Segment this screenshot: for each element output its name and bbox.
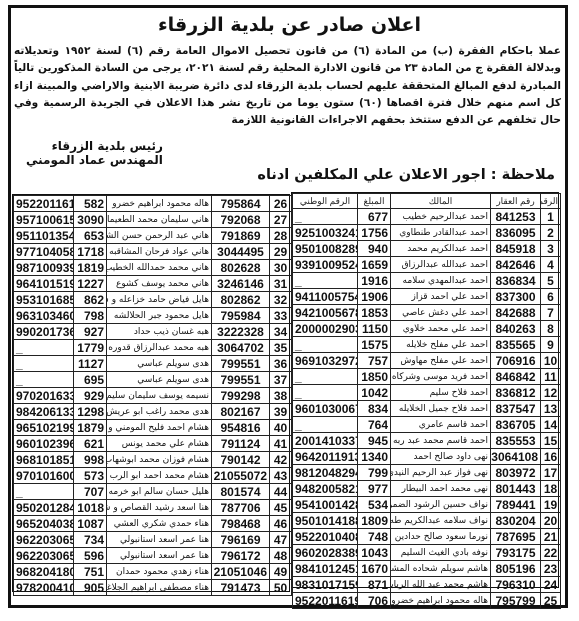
table-row: 14836705احمد قاسم عامري764_ [293, 417, 561, 433]
property-number: 801443 [491, 481, 541, 497]
national-id: 9652040384 [14, 516, 74, 532]
row-number: 12 [541, 385, 561, 401]
table-row: 11846842احمد فريد موسى وشركاه1850_ [293, 369, 561, 385]
property-number: 706916 [491, 353, 541, 369]
amount: 799 [358, 465, 391, 481]
header-no: الرقم [541, 194, 561, 209]
property-number: 802167 [212, 404, 270, 420]
row-number: 35 [270, 340, 292, 356]
national-id: 9642011913 [293, 449, 358, 465]
debtors-table-right: الرقم رقم العقار المالك المبلغ الرقم الو… [291, 192, 559, 588]
national-id: 9841012451 [293, 561, 358, 577]
property-number: 796310 [491, 577, 541, 593]
owner-name: احمد عبدالرحيم خطيب [391, 209, 491, 225]
owner-name: نواف حسين الرشود الضمور [391, 497, 491, 513]
owner-name: هاني عواد فرحان المشاقبه [107, 244, 212, 260]
table-row: 36799551هدى سويلم عباسي1127_ [14, 356, 292, 372]
owner-name: هنا اسعد رشيد القصاص و شركاها [107, 500, 212, 516]
property-number: 796169 [212, 532, 270, 548]
property-number: 837547 [491, 401, 541, 417]
national-id: 9831017159 [293, 577, 358, 593]
row-number: 38 [270, 388, 292, 404]
row-number: 7 [541, 305, 561, 321]
row-number: 2 [541, 225, 561, 241]
amount: 862 [74, 292, 107, 308]
signature-title: رئيس بلدية الزرقاء [26, 139, 163, 153]
row-number: 34 [270, 324, 292, 340]
table-row: 17803972نهى فواز عبد الرحيم النيدي799981… [293, 465, 561, 481]
row-number: 24 [541, 577, 561, 593]
table-row: 163064108نهى داود صالح احمد1340964201191… [293, 449, 561, 465]
row-number: 46 [270, 516, 292, 532]
row-number: 30 [270, 260, 292, 276]
row-number: 25 [541, 593, 561, 609]
announcement-body: عملا باحكام الفقرة (ب) من المادة (٦) من … [14, 43, 561, 129]
national-id: 9421005678 [293, 305, 358, 321]
amount: 1043 [358, 545, 391, 561]
property-number: 836812 [491, 385, 541, 401]
national-id: 9682041803 [14, 564, 74, 580]
owner-name: احمد قاسم عامري [391, 417, 491, 433]
row-number: 40 [270, 420, 292, 436]
national-id: 9641015198 [14, 276, 74, 292]
row-number: 23 [541, 561, 561, 577]
property-number: 837300 [491, 289, 541, 305]
amount: 764 [358, 417, 391, 433]
national-id: 9902017366 [14, 324, 74, 340]
table-row: 15835553احمد قاسم محمد عبد ربه9452001410… [293, 433, 561, 449]
national-id: _ [293, 385, 358, 401]
amount: 757 [358, 353, 391, 369]
owner-name: هاني عبد الرحمن حسن الشرع [107, 228, 212, 244]
amount: 977 [358, 481, 391, 497]
table-row: 47796169هنا عمر اسعد استانبولي7349622030… [14, 532, 292, 548]
owner-name: نهى داود صالح احمد [391, 449, 491, 465]
owner-name: احمد عبدالكريم محمد [391, 241, 491, 257]
table-row: 38799298نسيمه يوسف سليمان سليم9299702016… [14, 388, 292, 404]
owner-name: هبه غسان ذيب حداد [107, 324, 212, 340]
owner-name: هاني سليمان محمد الطعيمات [107, 212, 212, 228]
amount: 3090 [74, 212, 107, 228]
property-number: 803972 [491, 465, 541, 481]
owner-name: احمد فلاح سليم [391, 385, 491, 401]
table-row: 8840263احمد علي محمد خلاوي11502000002903 [293, 321, 561, 337]
owner-name: هاشم محمد عبد الله الربابعه [391, 577, 491, 593]
national-id: 9631034607 [14, 308, 74, 324]
row-number: 26 [270, 196, 292, 212]
amount: 1227 [74, 276, 107, 292]
amount: 748 [358, 529, 391, 545]
amount: 1087 [74, 516, 107, 532]
property-number: 791124 [212, 436, 270, 452]
row-number: 10 [541, 353, 561, 369]
row-number: 9 [541, 337, 561, 353]
row-number: 20 [541, 513, 561, 529]
header-national-id: الرقم الوطني [293, 194, 358, 209]
row-number: 28 [270, 228, 292, 244]
amount: 677 [358, 209, 391, 225]
national-id: _ [293, 417, 358, 433]
owner-name: احمد قاسم محمد عبد ربه [391, 433, 491, 449]
owner-name: هشام احمد فليح المومني و شركاه [107, 420, 212, 436]
property-number: 805196 [491, 561, 541, 577]
amount: 582 [74, 196, 107, 212]
property-number: 799298 [212, 388, 270, 404]
table-row: 3845918احمد عبدالكريم محمد9409501008289 [293, 241, 561, 257]
national-id: 9702016333 [14, 388, 74, 404]
table-row: 21787695نورما سعود صالح حدادين7489522010… [293, 529, 561, 545]
national-id: 9522011619 [14, 196, 74, 212]
row-number: 14 [541, 417, 561, 433]
property-number: 3064108 [491, 449, 541, 465]
amount: 945 [358, 433, 391, 449]
row-number: 32 [270, 292, 292, 308]
property-number: 3246146 [212, 276, 270, 292]
amount: 1756 [358, 225, 391, 241]
property-number: 3222328 [212, 324, 270, 340]
national-id: _ [14, 340, 74, 356]
national-id: 9602028389 [293, 545, 358, 561]
property-number: 795984 [212, 308, 270, 324]
national-id: 9622030651 [14, 548, 74, 564]
row-number: 50 [270, 580, 292, 596]
property-number: 787706 [212, 500, 270, 516]
table-row: 19789441نواف حسين الرشود الضمور534954100… [293, 497, 561, 513]
owner-name: هدى محمد راغب ابو عريش [107, 404, 212, 420]
row-number: 4 [541, 257, 561, 273]
amount: 1575 [358, 337, 391, 353]
table-row: 10706916احمد علي مفلح مهاوش7579691032972 [293, 353, 561, 369]
row-number: 21 [541, 529, 561, 545]
property-number: 787695 [491, 529, 541, 545]
table-row: 343222328هبه غسان ذيب حداد9279902017366 [14, 324, 292, 340]
property-number: 795864 [212, 196, 270, 212]
table-row: 27792068هاني سليمان محمد الطعيمات3090957… [14, 212, 292, 228]
amount: 1819 [74, 260, 107, 276]
table-row: 40954816هشام احمد فليح المومني و شركاه18… [14, 420, 292, 436]
owner-name: نواف سلامه عبدالكريم طه [391, 513, 491, 529]
signature-name: المهندس عماد المومني [26, 153, 163, 167]
national-id: 9701016008 [14, 468, 74, 484]
amount: 707 [74, 484, 107, 500]
owner-name: هاله محمود ابراهيم خضرو [391, 593, 491, 609]
amount: 834 [358, 401, 391, 417]
national-id: 9842061338 [14, 404, 74, 420]
table-row: 293044495هاني عواد فرحان المشاقبه1718977… [14, 244, 292, 260]
table-row: 24796310هاشم محمد عبد الله الربابعه87198… [293, 577, 561, 593]
amount: 1042 [358, 385, 391, 401]
property-number: 798468 [212, 516, 270, 532]
row-number: 15 [541, 433, 561, 449]
owner-name: نورما سعود صالح حدادين [391, 529, 491, 545]
table-row: 39802167هدى محمد راغب ابو عريش1298984206… [14, 404, 292, 420]
national-id: 9522011619 [293, 593, 358, 609]
owner-name: هناء حمدي شكري العشي [107, 516, 212, 532]
amount: 1850 [358, 369, 391, 385]
owner-name: هشام فوزان محمد ابوشهاب [107, 452, 212, 468]
header-amount: المبلغ [358, 194, 391, 209]
table-row: 353064702هبه محمد عبدالرزاق قدوره1779_ [14, 340, 292, 356]
header-property-no: رقم العقار [491, 194, 541, 209]
row-number: 1 [541, 209, 561, 225]
row-number: 39 [270, 404, 292, 420]
amount: 573 [74, 468, 107, 484]
row-number: 48 [270, 548, 292, 564]
owner-name: هناء مصطفى ابراهيم الجلاغيف [107, 580, 212, 596]
property-number: 793175 [491, 545, 541, 561]
table-row: 45787706هنا اسعد رشيد القصاص و شركاها101… [14, 500, 292, 516]
national-id: 9501014188 [293, 513, 358, 529]
owner-name: احمد فلاح جميل الخلايله [391, 401, 491, 417]
amount: 1298 [74, 404, 107, 420]
announcement-title: اعلان صادر عن بلدية الزرقاء [0, 14, 579, 36]
property-number: 836705 [491, 417, 541, 433]
owner-name: احمد علي احمد قزاز [391, 289, 491, 305]
property-number: 792068 [212, 212, 270, 228]
owner-name: احمد عبدالقادر طنطاوي [391, 225, 491, 241]
row-number: 45 [270, 500, 292, 516]
national-id: 9601030067 [293, 401, 358, 417]
row-number: 3 [541, 241, 561, 257]
amount: 905 [74, 580, 107, 596]
table-row: 25795799هاله محمود ابراهيم خضرو706952201… [293, 593, 561, 609]
row-number: 6 [541, 289, 561, 305]
national-id: 2000002903 [293, 321, 358, 337]
owner-name: نهى محمد احمد البيطار [391, 481, 491, 497]
amount: 1340 [358, 449, 391, 465]
national-id: 9812048294 [293, 465, 358, 481]
amount: 927 [74, 324, 107, 340]
owner-name: هليل حسان سالم ابو خرمه [107, 484, 212, 500]
row-number: 19 [541, 497, 561, 513]
national-id: 9482005821 [293, 481, 358, 497]
national-id: 2001410337 [293, 433, 358, 449]
owner-name: نهى فواز عبد الرحيم النيدي [391, 465, 491, 481]
table-row: 2836095احمد عبدالقادر طنطاوي175692510032… [293, 225, 561, 241]
row-number: 31 [270, 276, 292, 292]
table-row: 46798468هناء حمدي شكري العشي108796520403… [14, 516, 292, 532]
property-number: 802862 [212, 292, 270, 308]
amount: 1659 [358, 257, 391, 273]
property-number: 799551 [212, 356, 270, 372]
property-number: 789441 [491, 497, 541, 513]
table-row: 1841253احمد عبدالرحيم خطيب677_ [293, 209, 561, 225]
national-id: 9511013541 [14, 228, 74, 244]
national-id: 9522010408 [293, 529, 358, 545]
owner-name: احمد علي محمد خلاوي [391, 321, 491, 337]
table-row: 6837300احمد علي احمد قزاز19069411005754 [293, 289, 561, 305]
owner-name: هناء زهدي محمود حمدان [107, 564, 212, 580]
amount: 1916 [358, 273, 391, 289]
table-row: 313246146هاني محمد يوسف كشوع122796410151… [14, 276, 292, 292]
national-id: _ [14, 356, 74, 372]
row-number: 17 [541, 465, 561, 481]
debtors-table-left: 26795864هاله محمود ابراهيم خضرو582952201… [12, 194, 290, 592]
table-row: 5836834احمد عبدالمهدي سلامه1916_ [293, 273, 561, 289]
amount: 706 [358, 593, 391, 609]
property-number: 21051046 [212, 564, 270, 580]
row-number: 44 [270, 484, 292, 500]
property-number: 791473 [212, 580, 270, 596]
national-id: 9622030651 [14, 532, 74, 548]
owner-name: هشام علي محمد يونس [107, 436, 212, 452]
row-number: 36 [270, 356, 292, 372]
table-header-row: الرقم رقم العقار المالك المبلغ الرقم الو… [293, 194, 561, 209]
row-number: 33 [270, 308, 292, 324]
header-owner: المالك [391, 194, 491, 209]
row-number: 16 [541, 449, 561, 465]
owner-name: احمد علي دغش عاصي [391, 305, 491, 321]
row-number: 47 [270, 532, 292, 548]
property-number: 3044495 [212, 244, 270, 260]
amount: 1779 [74, 340, 107, 356]
table-row: 33795984هايل محمود جبر الحلالشه798963103… [14, 308, 292, 324]
property-number: 841253 [491, 209, 541, 225]
property-number: 842646 [491, 257, 541, 273]
amount: 929 [74, 388, 107, 404]
owner-name: هاشم سويلم شحاده المشاقبه [391, 561, 491, 577]
amount: 621 [74, 436, 107, 452]
amount: 1809 [358, 513, 391, 529]
table-row: 44801574هليل حسان سالم ابو خرمه707_ [14, 484, 292, 500]
national-id: 9531016851 [14, 292, 74, 308]
amount: 998 [74, 452, 107, 468]
national-id: 9601023961 [14, 436, 74, 452]
table-row: 13837547احمد فلاح جميل الخلايله834960103… [293, 401, 561, 417]
table-row: 7842688احمد علي دغش عاصي18539421005678 [293, 305, 561, 321]
property-number: 830204 [491, 513, 541, 529]
property-number: 836834 [491, 273, 541, 289]
amount: 1018 [74, 500, 107, 516]
table-row: 28791869هاني عبد الرحمن حسن الشرع6539511… [14, 228, 292, 244]
row-number: 8 [541, 321, 561, 337]
table-row: 42790142هشام فوزان محمد ابوشهاب998968101… [14, 452, 292, 468]
row-number: 11 [541, 369, 561, 385]
amount: 1127 [74, 356, 107, 372]
amount: 751 [74, 564, 107, 580]
amount: 1150 [358, 321, 391, 337]
row-number: 29 [270, 244, 292, 260]
owner-name: هاله محمود ابراهيم خضرو [107, 196, 212, 212]
national-id: 9691032972 [293, 353, 358, 369]
amount: 1879 [74, 420, 107, 436]
owner-name: احمد علي مفلح مهاوش [391, 353, 491, 369]
property-number: 835565 [491, 337, 541, 353]
property-number: 835553 [491, 433, 541, 449]
row-number: 43 [270, 468, 292, 484]
national-id: 9571006150 [14, 212, 74, 228]
property-number: 790142 [212, 452, 270, 468]
national-id: 9541001428 [293, 497, 358, 513]
table-row: 26795864هاله محمود ابراهيم خضرو582952201… [14, 196, 292, 212]
owner-name: احمد علي مفلح خلايله [391, 337, 491, 353]
amount: 940 [358, 241, 391, 257]
property-number: 836095 [491, 225, 541, 241]
amount: 596 [74, 548, 107, 564]
row-number: 5 [541, 273, 561, 289]
table-row: 48796172هنا عمر اسعد استانبولي5969622030… [14, 548, 292, 564]
row-number: 13 [541, 401, 561, 417]
national-id: 9651021997 [14, 420, 74, 436]
table-row: 50791473هناء مصطفى ابراهيم الجلاغيف90597… [14, 580, 292, 596]
amount: 653 [74, 228, 107, 244]
national-id: 9502012849 [14, 500, 74, 516]
property-number: 846842 [491, 369, 541, 385]
owner-name: هبه محمد عبدالرزاق قدوره [107, 340, 212, 356]
owner-name: هايل محمود جبر الحلالشه [107, 308, 212, 324]
row-number: 49 [270, 564, 292, 580]
national-id: _ [293, 273, 358, 289]
amount: 1718 [74, 244, 107, 260]
property-number: 840263 [491, 321, 541, 337]
row-number: 37 [270, 372, 292, 388]
national-id: 9251003241 [293, 225, 358, 241]
national-id: _ [14, 372, 74, 388]
table-row: 4321055072هشام محمد احمد ابو الرب وشريكت… [14, 468, 292, 484]
amount: 734 [74, 532, 107, 548]
property-number: 796172 [212, 548, 270, 564]
national-id: 9681018511 [14, 452, 74, 468]
amount: 1906 [358, 289, 391, 305]
national-id: 9871009391 [14, 260, 74, 276]
property-number: 3064702 [212, 340, 270, 356]
owner-name: هايل فياض حامد خزاعله و شريكته [107, 292, 212, 308]
national-id: 9771040582 [14, 244, 74, 260]
owner-name: احمد عبدالمهدي سلامه [391, 273, 491, 289]
amount: 798 [74, 308, 107, 324]
property-number: 21055072 [212, 468, 270, 484]
table-row: 23805196هاشم سويلم شحاده المشاقبه1670984… [293, 561, 561, 577]
property-number: 954816 [212, 420, 270, 436]
table-row: 22793175نوفه بادي الغيث السليم1043960202… [293, 545, 561, 561]
property-number: 801574 [212, 484, 270, 500]
owner-name: هنا عمر اسعد استانبولي [107, 548, 212, 564]
national-id: 9411005754 [293, 289, 358, 305]
owner-name: هدى سويلم عباسي [107, 356, 212, 372]
owner-name: هاني محمد يوسف كشوع [107, 276, 212, 292]
fees-note: ملاحظة : اجور الاعلان علي المكلفين ادناه [257, 167, 555, 183]
row-number: 27 [270, 212, 292, 228]
national-id: _ [293, 209, 358, 225]
owner-name: احمد عبدالله عبدالرزاق [391, 257, 491, 273]
owner-name: احمد فريد موسى وشركاه [391, 369, 491, 385]
national-id: 9501008289 [293, 241, 358, 257]
amount: 1853 [358, 305, 391, 321]
row-number: 42 [270, 452, 292, 468]
row-number: 22 [541, 545, 561, 561]
property-number: 842688 [491, 305, 541, 321]
row-number: 41 [270, 436, 292, 452]
national-id: 9782004108 [14, 580, 74, 596]
owner-name: هدى سويلم عباسي [107, 372, 212, 388]
national-id: 9391009524 [293, 257, 358, 273]
table-row: 4842646احمد عبدالله عبدالرزاق16599391009… [293, 257, 561, 273]
table-row: 4921051046هناء زهدي محمود حمدان751968204… [14, 564, 292, 580]
amount: 1670 [358, 561, 391, 577]
owner-name: هاني محمد حمدالله الخطيب و شركاه [107, 260, 212, 276]
amount: 871 [358, 577, 391, 593]
owner-name: نوفه بادي الغيث السليم [391, 545, 491, 561]
national-id: _ [293, 369, 358, 385]
property-number: 802628 [212, 260, 270, 276]
table-row: 20830204نواف سلامه عبدالكريم طه180995010… [293, 513, 561, 529]
owner-name: هشام محمد احمد ابو الرب وشريكته [107, 468, 212, 484]
table-row: 18801443نهى محمد احمد البيطار97794820058… [293, 481, 561, 497]
table-row: 12836812احمد فلاح سليم1042_ [293, 385, 561, 401]
national-id: _ [14, 484, 74, 500]
signature-block: رئيس بلدية الزرقاء المهندس عماد المومني [26, 139, 163, 167]
table-row: 32802862هايل فياض حامد خزاعله و شريكته86… [14, 292, 292, 308]
